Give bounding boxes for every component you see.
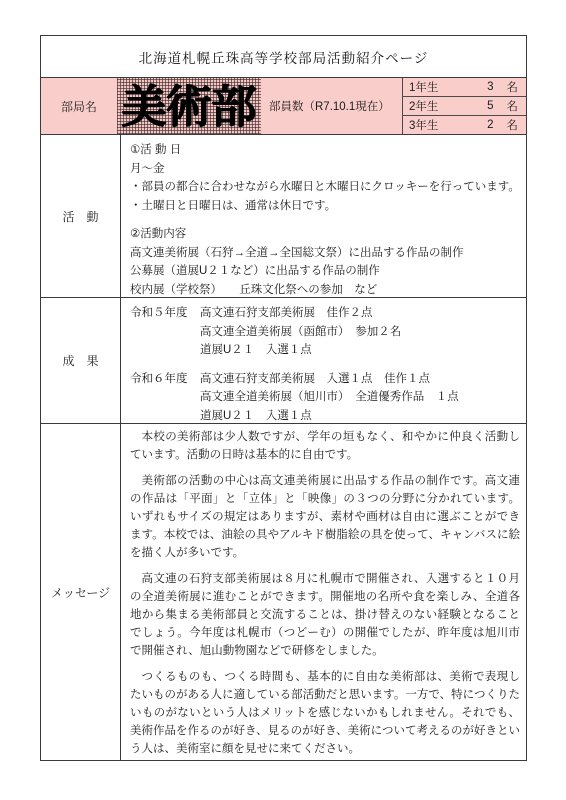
club-name-block: 美術部 [117,78,261,134]
member-row-grade3: 3年生 2 名 [403,115,526,134]
results-item: 高文連全道美術展（函館市） 参加２名 [200,323,520,342]
members-table: 1年生 3 名 2年生 5 名 3年生 2 名 [402,78,526,134]
club-intro-table: 北海道札幌丘珠高等学校部局活動紹介ページ 部局名 美術部 部員数（R7.10.1… [40,35,527,761]
message-row: メッセージ 本校の美術部は少人数ですが、学年の垣もなく、和やかに仲良く活動してい… [41,423,526,760]
results-content: 令和５年度 高文連石狩支部美術展 佳作２点 高文連全道美術展（函館市） 参加２名… [121,298,526,423]
page-title: 北海道札幌丘珠高等学校部局活動紹介ページ [139,47,429,67]
results-item: 高文連石狩支部美術展 入選１点 佳作１点 [200,370,520,389]
activity-content: ①活 動 日 月～金 ・部員の都合に合わせながら水曜日と木曜日にクロッキーを行っ… [121,135,526,297]
results-item: 高文連石狩支部美術展 佳作２点 [200,304,520,323]
message-paragraph: 高文連の石狩支部美術展は８月に札幌市で開催され、入選すると１０月の全道美術展に進… [130,570,520,660]
member-grade: 3年生 [409,117,438,133]
results-label: 成 果 [62,352,98,369]
results-row: 成 果 令和５年度 高文連石狩支部美術展 佳作２点 高文連全道美術展（函館市） … [41,297,526,423]
activity-content-title: ②活動内容 [130,225,520,244]
member-grade: 1年生 [409,79,438,95]
message-paragraph: 美術部の活動の中心は高文連美術展に出品する作品の制作です。高文連の作品は「平面」… [130,472,520,562]
member-unit: 名 [507,117,519,133]
member-row-grade2: 2年生 5 名 [403,96,526,115]
club-row: 部局名 美術部 部員数（R7.10.1現在） 1年生 3 名 2年生 5 [41,77,526,134]
activity-days-line: ・部員の都合に合わせながら水曜日と木曜日にクロッキーを行っています。 [130,178,520,197]
activity-days-line: ・土曜日と日曜日は、通常は休日です。 [130,197,520,216]
results-group-r6: 令和６年度 高文連石狩支部美術展 入選１点 佳作１点 高文連全道美術展（旭川市）… [130,370,520,426]
activity-row: 活 動 ①活 動 日 月～金 ・部員の都合に合わせながら水曜日と木曜日にクロッキ… [41,134,526,297]
message-label: メッセージ [51,584,110,601]
activity-content-line: 公募展（道展U２１など）に出品する作品の制作 [130,262,520,281]
results-item: 道展U２１ 入選１点 [200,341,520,360]
club-label: 部局名 [61,98,97,115]
results-item: 高文連全道美術展（旭川市） 全道優秀作品 １点 [200,388,520,407]
activity-content-line: 高文連美術展（石狩→全道→全国総文祭）に出品する作品の制作 [130,244,520,263]
activity-days-title: ①活 動 日 [130,141,520,160]
results-year: 令和５年度 [130,304,188,360]
message-paragraph: つくるものも、つくる時間も、基本的に自由な美術部は、美術で表現したいものがある人… [130,668,520,758]
club-label-cell: 部局名 [41,78,117,134]
member-grade: 2年生 [409,98,438,114]
activity-label-cell: 活 動 [41,135,121,297]
activity-days-section: ①活 動 日 月～金 ・部員の都合に合わせながら水曜日と木曜日にクロッキーを行っ… [130,141,520,215]
results-items: 高文連石狩支部美術展 入選１点 佳作１点 高文連全道美術展（旭川市） 全道優秀作… [200,370,520,426]
title-row: 北海道札幌丘珠高等学校部局活動紹介ページ [41,36,526,77]
activity-days-line: 月～金 [130,160,520,179]
member-count: 5 [487,100,493,112]
member-row-grade1: 1年生 3 名 [403,78,526,96]
member-unit: 名 [507,98,519,114]
member-count: 3 [487,81,493,93]
members-caption: 部員数（R7.10.1現在） [269,98,390,114]
club-middle: 美術部 部員数（R7.10.1現在） [117,78,402,134]
activity-content-section: ②活動内容 高文連美術展（石狩→全道→全国総文祭）に出品する作品の制作 公募展（… [130,225,520,299]
club-intro-page: 北海道札幌丘珠高等学校部局活動紹介ページ 部局名 美術部 部員数（R7.10.1… [0,0,566,800]
message-paragraph: 本校の美術部は少人数ですが、学年の垣もなく、和やかに仲良く活動しています。活動の… [130,428,520,464]
results-group-r5: 令和５年度 高文連石狩支部美術展 佳作２点 高文連全道美術展（函館市） 参加２名… [130,304,520,360]
results-label-cell: 成 果 [41,298,121,423]
member-count: 2 [487,119,493,131]
message-label-cell: メッセージ [41,424,121,760]
club-name: 美術部 [121,84,256,129]
results-year: 令和６年度 [130,370,188,426]
results-items: 高文連石狩支部美術展 佳作２点 高文連全道美術展（函館市） 参加２名 道展U２１… [200,304,520,360]
activity-label: 活 動 [62,208,98,225]
message-content: 本校の美術部は少人数ですが、学年の垣もなく、和やかに仲良く活動しています。活動の… [121,424,526,760]
member-unit: 名 [507,79,519,95]
